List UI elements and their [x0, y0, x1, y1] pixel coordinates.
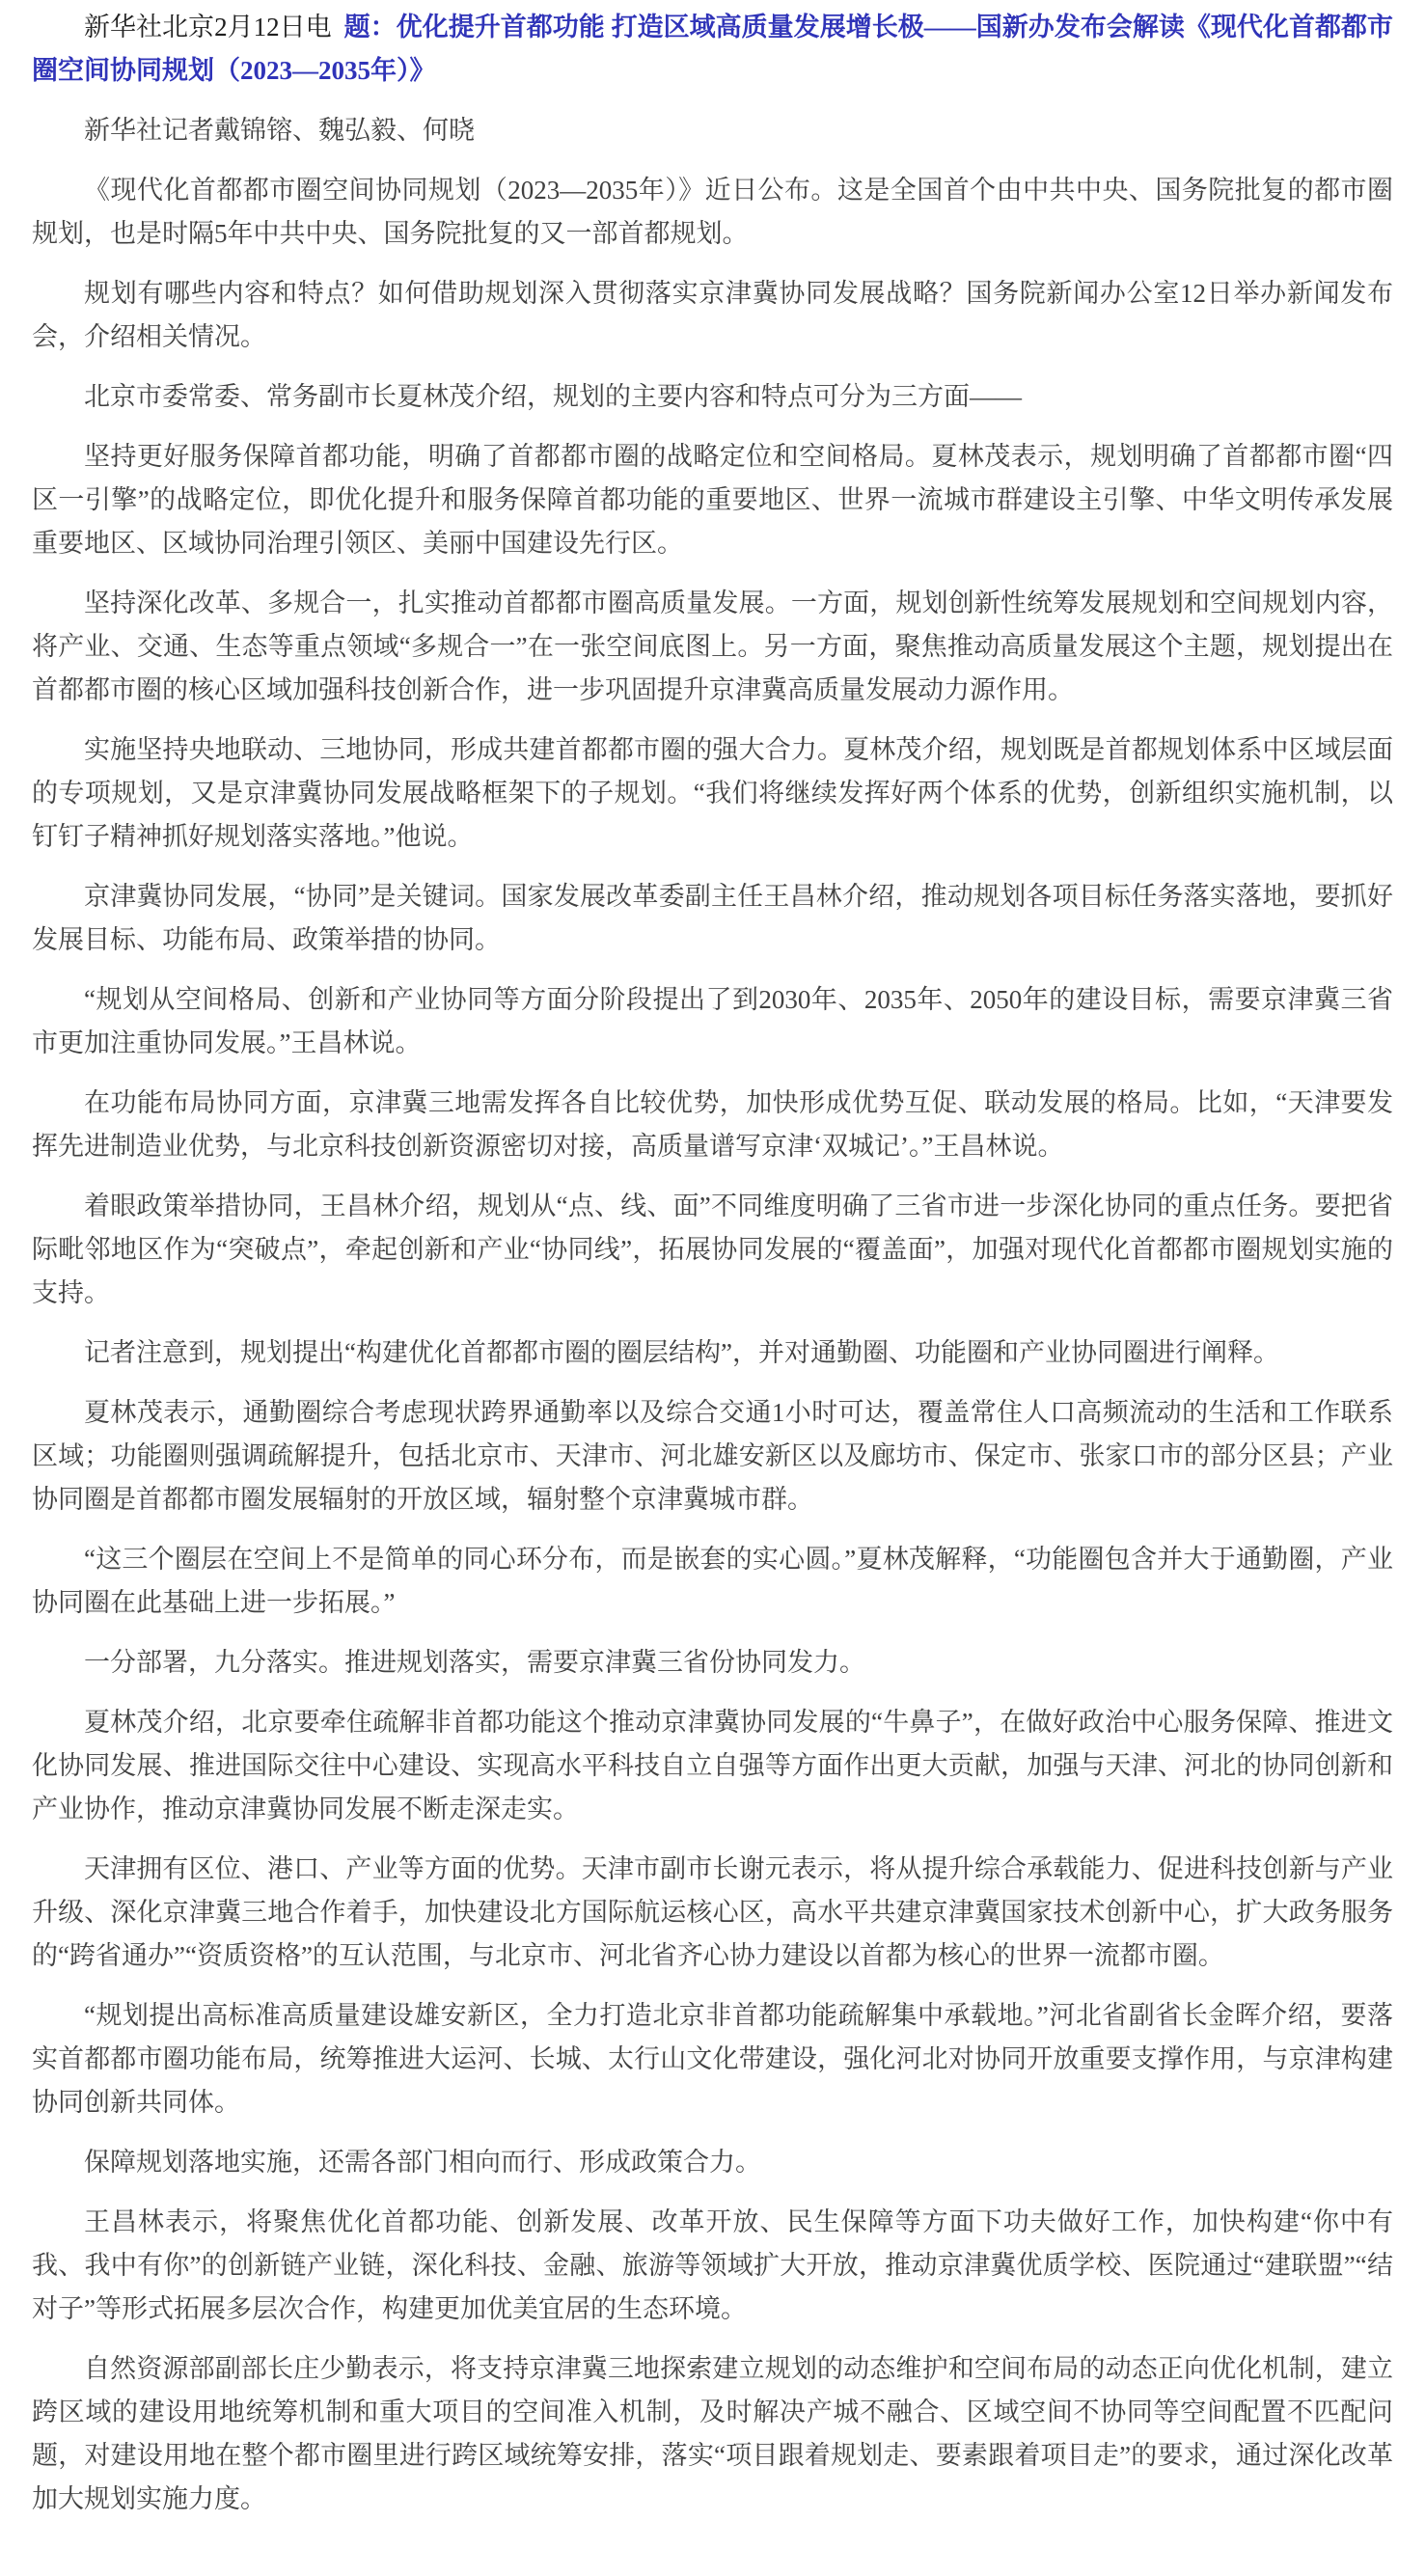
article-paragraph: 王昌林表示，将聚焦优化首都功能、创新发展、改革开放、民生保障等方面下功夫做好工作…: [32, 2201, 1393, 2331]
article-byline: 新华社记者戴锦镕、魏弘毅、何晓: [32, 109, 1393, 152]
article-paragraph: 坚持更好服务保障首都功能，明确了首都都市圈的战略定位和空间格局。夏林茂表示，规划…: [32, 435, 1393, 565]
article-body: 《现代化首都都市圈空间协同规划（2023—2035年）》近日公布。这是全国首个由…: [32, 169, 1393, 2521]
article-paragraph: 自然资源部副部长庄少勤表示，将支持京津冀三地探索建立规划的动态维护和空间布局的动…: [32, 2347, 1393, 2521]
article-paragraph: 北京市委常委、常务副市长夏林茂介绍，规划的主要内容和特点可分为三方面——: [32, 375, 1393, 419]
news-article: 新华社北京2月12日电题：优化提升首都功能 打造区域高质量发展增长极——国新办发…: [0, 0, 1425, 2576]
article-paragraph: 规划有哪些内容和特点？如何借助规划深入贯彻落实京津冀协同发展战略？国务院新闻办公…: [32, 272, 1393, 359]
article-paragraph: 在功能布局协同方面，京津冀三地需发挥各自比较优势，加快形成优势互促、联动发展的格…: [32, 1082, 1393, 1168]
article-paragraph: “规划从空间格局、创新和产业协同等方面分阶段提出了到2030年、2035年、20…: [32, 978, 1393, 1065]
article-paragraph: “规划提出高标准高质量建设雄安新区，全力打造北京非首都功能疏解集中承载地。”河北…: [32, 1994, 1393, 2124]
article-paragraph: “这三个圈层在空间上不是简单的同心环分布，而是嵌套的实心圆。”夏林茂解释，“功能…: [32, 1538, 1393, 1625]
article-paragraph: 实施坚持央地联动、三地协同，形成共建首都都市圈的强大合力。夏林茂介绍，规划既是首…: [32, 728, 1393, 859]
article-paragraph: 坚持深化改革、多规合一，扎实推动首都都市圈高质量发展。一方面，规划创新性统筹发展…: [32, 582, 1393, 712]
article-paragraph: 京津冀协同发展，“协同”是关键词。国家发展改革委副主任王昌林介绍，推动规划各项目…: [32, 875, 1393, 962]
article-paragraph: 一分部署，九分落实。推进规划落实，需要京津冀三省份协同发力。: [32, 1641, 1393, 1685]
article-paragraph: 天津拥有区位、港口、产业等方面的优势。天津市副市长谢元表示，将从提升综合承载能力…: [32, 1848, 1393, 1978]
article-paragraph: 记者注意到，规划提出“构建优化首都都市圈的圈层结构”，并对通勤圈、功能圈和产业协…: [32, 1331, 1393, 1375]
article-paragraph: 夏林茂介绍，北京要牵住疏解非首都功能这个推动京津冀协同发展的“牛鼻子”，在做好政…: [32, 1701, 1393, 1831]
article-paragraph: 夏林茂表示，通勤圈综合考虑现状跨界通勤率以及综合交通1小时可达，覆盖常住人口高频…: [32, 1391, 1393, 1521]
article-dateline: 新华社北京2月12日电: [84, 13, 332, 41]
article-paragraph: 《现代化首都都市圈空间协同规划（2023—2035年）》近日公布。这是全国首个由…: [32, 169, 1393, 256]
article-paragraph: 着眼政策举措协同，王昌林介绍，规划从“点、线、面”不同维度明确了三省市进一步深化…: [32, 1185, 1393, 1315]
article-lead-paragraph: 新华社北京2月12日电题：优化提升首都功能 打造区域高质量发展增长极——国新办发…: [32, 6, 1393, 93]
article-paragraph: 保障规划落地实施，还需各部门相向而行、形成政策合力。: [32, 2141, 1393, 2184]
